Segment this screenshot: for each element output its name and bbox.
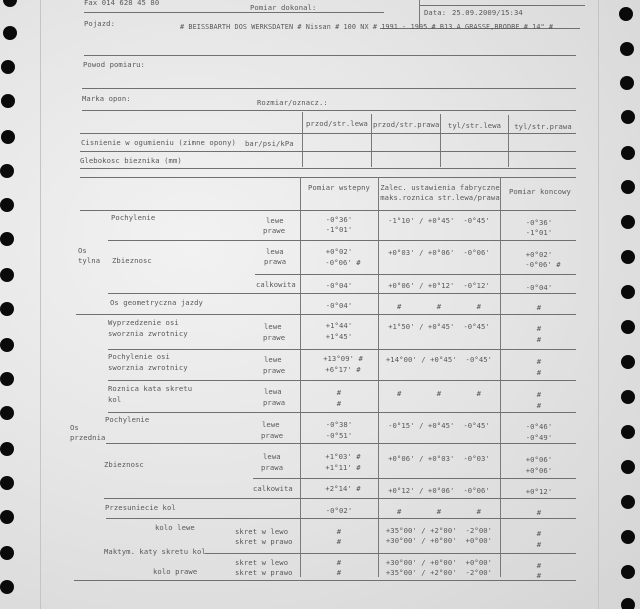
side-label: prawa xyxy=(263,398,285,407)
final-right-value: -0°49' xyxy=(501,433,577,442)
initial-right-value: +1°45' xyxy=(301,332,377,341)
feed-hole-icon xyxy=(621,285,635,299)
factory-spec-value: +0°06' / +0°03' -0°03' xyxy=(379,454,499,463)
feed-hole-icon xyxy=(0,476,14,490)
final-value: # xyxy=(501,508,577,517)
divider xyxy=(80,151,576,152)
feed-hole-icon xyxy=(621,530,635,544)
factory-spec-value: +30°00' / +0°00' +0°00' xyxy=(379,536,499,545)
divider xyxy=(205,553,576,554)
final-value: +0°12' xyxy=(501,487,577,496)
wheel-label: kolo prawe xyxy=(153,567,197,576)
feed-hole-icon xyxy=(621,110,635,124)
initial-left-value: # xyxy=(301,388,377,397)
factory-spec-value: +35°00' / +2°00' -2°00' xyxy=(379,526,499,535)
divider xyxy=(378,177,379,577)
turn-direction-label: skret w lewo xyxy=(235,527,288,536)
side-label: lewe xyxy=(264,355,282,364)
factory-spec-value: +35°00' / +2°00' -2°00' xyxy=(379,568,499,577)
initial-value: +2°14' # xyxy=(305,484,381,493)
header-initial-measurement: Pomiar wstepny xyxy=(301,183,377,192)
initial-value: # xyxy=(301,527,377,536)
tire-pressure-unit: bar/psi/kPa xyxy=(245,139,294,148)
final-value: # xyxy=(501,561,577,570)
tire-pressure-label: Cisnienie w ogumieniu (zimne opony) xyxy=(81,138,236,147)
wheel-label: kolo lewe xyxy=(155,523,195,532)
feed-hole-icon xyxy=(0,164,14,178)
initial-right-value: +6°17' # xyxy=(305,365,381,374)
final-left-value: # xyxy=(501,357,577,366)
row-label: Zbieznosc xyxy=(104,460,144,469)
divider xyxy=(253,478,576,479)
row-label: Zbieznosc xyxy=(112,256,152,265)
initial-left-value: +13°09' # xyxy=(305,354,381,363)
divider xyxy=(371,114,372,167)
feed-hole-icon xyxy=(621,495,635,509)
header-factory-spec: Zalec. ustawienia fabryczne xyxy=(380,183,500,192)
tire-brand-label: Marka opon: xyxy=(82,94,131,103)
row-label: Os geometryczna jazdy xyxy=(110,298,203,307)
factory-spec-value: +14°00' / +0°45' -0°45' xyxy=(379,355,499,364)
feed-hole-icon xyxy=(620,76,634,90)
factory-spec-value: +0°12' / +0°06' -0°06' xyxy=(379,486,499,495)
side-label: prawe xyxy=(261,431,283,440)
side-label: prawa xyxy=(264,257,286,266)
initial-value: -0°02' xyxy=(301,506,377,515)
divider xyxy=(500,177,501,577)
row-label: Przesuniecie kol xyxy=(105,503,176,512)
vehicle-label: Pojazd: xyxy=(84,19,115,28)
initial-left-value: +1°03' # xyxy=(305,452,381,461)
row-label: Wyprzedzenie osi xyxy=(108,318,179,327)
final-left-value: -0°36' xyxy=(501,218,577,227)
feed-hole-icon xyxy=(621,425,635,439)
divider xyxy=(80,210,576,211)
tire-size-label: Rozmiar/oznacz.: xyxy=(257,98,328,107)
final-value: # xyxy=(501,303,577,312)
final-left-value: # xyxy=(501,390,577,399)
factory-spec-value: +0°06' / +0°12' -0°12' xyxy=(379,281,499,290)
initial-left-value: +0°02' xyxy=(301,247,377,256)
divider xyxy=(108,380,576,381)
feed-hole-icon xyxy=(1,94,15,108)
divider xyxy=(108,349,576,350)
row-label: Pochylenie xyxy=(111,213,155,222)
reason-label: Powod pomiaru: xyxy=(83,60,145,69)
divider xyxy=(420,5,585,6)
initial-value: -0°04' xyxy=(301,281,377,290)
feed-hole-icon xyxy=(0,268,14,282)
row-label: Roznica kata skretu xyxy=(108,384,192,393)
feed-hole-icon xyxy=(0,510,14,524)
divider xyxy=(300,177,301,577)
row-label: kol xyxy=(108,395,121,404)
divider xyxy=(440,114,441,167)
divider xyxy=(108,293,576,294)
factory-spec-value: # # # xyxy=(379,389,499,398)
initial-left-value: -0°38' xyxy=(301,420,377,429)
divider xyxy=(84,12,384,13)
row-label: Maktym. katy skretu kol xyxy=(104,547,206,556)
side-label: lewa xyxy=(264,387,282,396)
turn-direction-label: skret w prawo xyxy=(235,537,293,546)
divider xyxy=(508,115,509,167)
factory-spec-value: +1°50' / +0°45' -0°45' xyxy=(379,322,499,331)
feed-hole-icon xyxy=(1,60,15,74)
feed-hole-icon xyxy=(0,546,14,560)
divider xyxy=(302,112,303,167)
row-label: Pochylenie xyxy=(105,415,149,424)
feed-hole-icon xyxy=(621,460,635,474)
date-label: Data: xyxy=(424,8,446,17)
feed-hole-icon xyxy=(621,355,635,369)
final-right-value: -1°01' xyxy=(501,228,577,237)
factory-spec-value: # # # xyxy=(379,302,499,311)
initial-value: # xyxy=(301,558,377,567)
row-label: calkowita xyxy=(253,484,293,493)
initial-value: # xyxy=(301,537,377,546)
feed-hole-icon xyxy=(0,232,14,246)
measured-by-label: Pomiar dokonal: xyxy=(250,3,316,12)
initial-right-value: -1°01' xyxy=(301,225,377,234)
feed-hole-icon xyxy=(0,442,14,456)
final-value: # xyxy=(501,571,577,580)
final-left-value: +0°06' xyxy=(501,455,577,464)
feed-hole-icon xyxy=(1,130,15,144)
rear-axle-label: Os xyxy=(78,246,87,255)
divider xyxy=(80,133,576,134)
column-header-rear-right: tyl/str.prawa xyxy=(510,122,576,131)
divider xyxy=(104,498,576,499)
header-factory-spec-diff: maks.roznica str.lewa/prawa xyxy=(380,193,500,202)
initial-right-value: # xyxy=(301,399,377,408)
tread-depth-label: Glebokosc bieznika (mm) xyxy=(80,156,182,165)
final-value: # xyxy=(501,540,577,549)
final-left-value: +0°02' xyxy=(501,250,577,259)
factory-spec-value: -1°10' / +0°45' -0°45' xyxy=(379,216,499,225)
initial-right-value: -0°06' # xyxy=(305,258,381,267)
initial-value: # xyxy=(301,568,377,577)
side-label: lewa xyxy=(263,452,281,461)
initial-value: -0°04' xyxy=(301,301,377,310)
vehicle-value: # BEISSBARTH DOS WERKSDATEN # Nissan # 1… xyxy=(180,23,553,31)
final-value: # xyxy=(501,529,577,538)
divider xyxy=(255,274,576,275)
column-header-front-left: przod/str.lewa xyxy=(304,119,370,128)
final-value: -0°04' xyxy=(501,283,577,292)
divider xyxy=(80,177,576,178)
front-axle-label: przednia xyxy=(70,433,105,442)
final-right-value: # xyxy=(501,335,577,344)
feed-hole-icon xyxy=(3,0,17,7)
row-label: calkowita xyxy=(256,280,296,289)
divider xyxy=(82,88,576,89)
feed-hole-icon xyxy=(621,598,635,609)
feed-hole-icon xyxy=(0,338,14,352)
feed-hole-icon xyxy=(621,320,635,334)
divider xyxy=(106,443,576,444)
factory-spec-value: -0°15' / +0°45' -0°45' xyxy=(379,421,499,430)
turn-direction-label: skret w lewo xyxy=(235,558,288,567)
feed-hole-icon xyxy=(621,565,635,579)
divider xyxy=(84,55,576,56)
feed-hole-icon xyxy=(3,26,17,40)
feed-hole-icon xyxy=(0,198,14,212)
final-right-value: +0°06' xyxy=(501,466,577,475)
date-value: 25.09.2009/15:34 xyxy=(452,8,523,17)
side-label: prawa xyxy=(261,463,283,472)
initial-left-value: +1°44' xyxy=(301,321,377,330)
side-label: prawe xyxy=(263,226,285,235)
feed-hole-icon xyxy=(621,146,635,160)
divider xyxy=(74,580,576,581)
divider xyxy=(80,168,576,169)
feed-hole-icon xyxy=(621,390,635,404)
divider xyxy=(82,110,576,111)
fax-number: Fax 014 628 45 80 xyxy=(84,0,159,7)
side-label: lewe xyxy=(266,216,284,225)
final-left-value: -0°46' xyxy=(501,422,577,431)
row-label: sworznia zwrotnicy xyxy=(108,329,188,338)
feed-hole-icon xyxy=(621,215,635,229)
left-perforation-line xyxy=(40,0,41,609)
front-axle-label: Os xyxy=(70,423,79,432)
initial-left-value: -0°36' xyxy=(301,215,377,224)
side-label: lewe xyxy=(262,420,280,429)
divider xyxy=(76,314,576,315)
initial-right-value: -0°51' xyxy=(301,431,377,440)
feed-hole-icon xyxy=(0,406,14,420)
feed-hole-icon xyxy=(619,7,633,21)
final-right-value: -0°06' # xyxy=(505,260,581,269)
factory-spec-value: # # # xyxy=(379,507,499,516)
feed-hole-icon xyxy=(0,302,14,316)
side-label: prawe xyxy=(263,333,285,342)
factory-spec-value: +0°03' / +0°06' -0°06' xyxy=(379,248,499,257)
divider xyxy=(106,518,576,519)
side-label: prawe xyxy=(263,366,285,375)
feed-hole-icon xyxy=(621,180,635,194)
column-header-rear-left: tyl/str.lewa xyxy=(442,121,507,130)
feed-hole-icon xyxy=(620,42,634,56)
final-right-value: # xyxy=(501,401,577,410)
side-label: lewe xyxy=(264,322,282,331)
column-header-front-right: przod/str.prawa xyxy=(373,120,439,129)
side-label: lewa xyxy=(266,247,284,256)
divider xyxy=(108,240,576,241)
rear-axle-label: tylna xyxy=(78,256,100,265)
factory-spec-value: +30°00' / +0°00' +0°00' xyxy=(379,558,499,567)
feed-hole-icon xyxy=(621,250,635,264)
initial-right-value: +1°11' # xyxy=(305,463,381,472)
final-right-value: # xyxy=(501,368,577,377)
divider xyxy=(108,412,576,413)
feed-hole-icon xyxy=(0,372,14,386)
final-left-value: # xyxy=(501,324,577,333)
row-label: sworznia zwrotnicy xyxy=(108,363,188,372)
alignment-report-page: Fax 014 628 45 80 Pomiar dokonal: Data: … xyxy=(0,0,640,609)
turn-direction-label: skret w prawo xyxy=(235,568,293,577)
feed-hole-icon xyxy=(0,580,14,594)
row-label: Pochylenie osi xyxy=(108,352,170,361)
header-final-measurement: Pomiar koncowy xyxy=(502,187,578,196)
right-perforation-line xyxy=(598,0,599,609)
